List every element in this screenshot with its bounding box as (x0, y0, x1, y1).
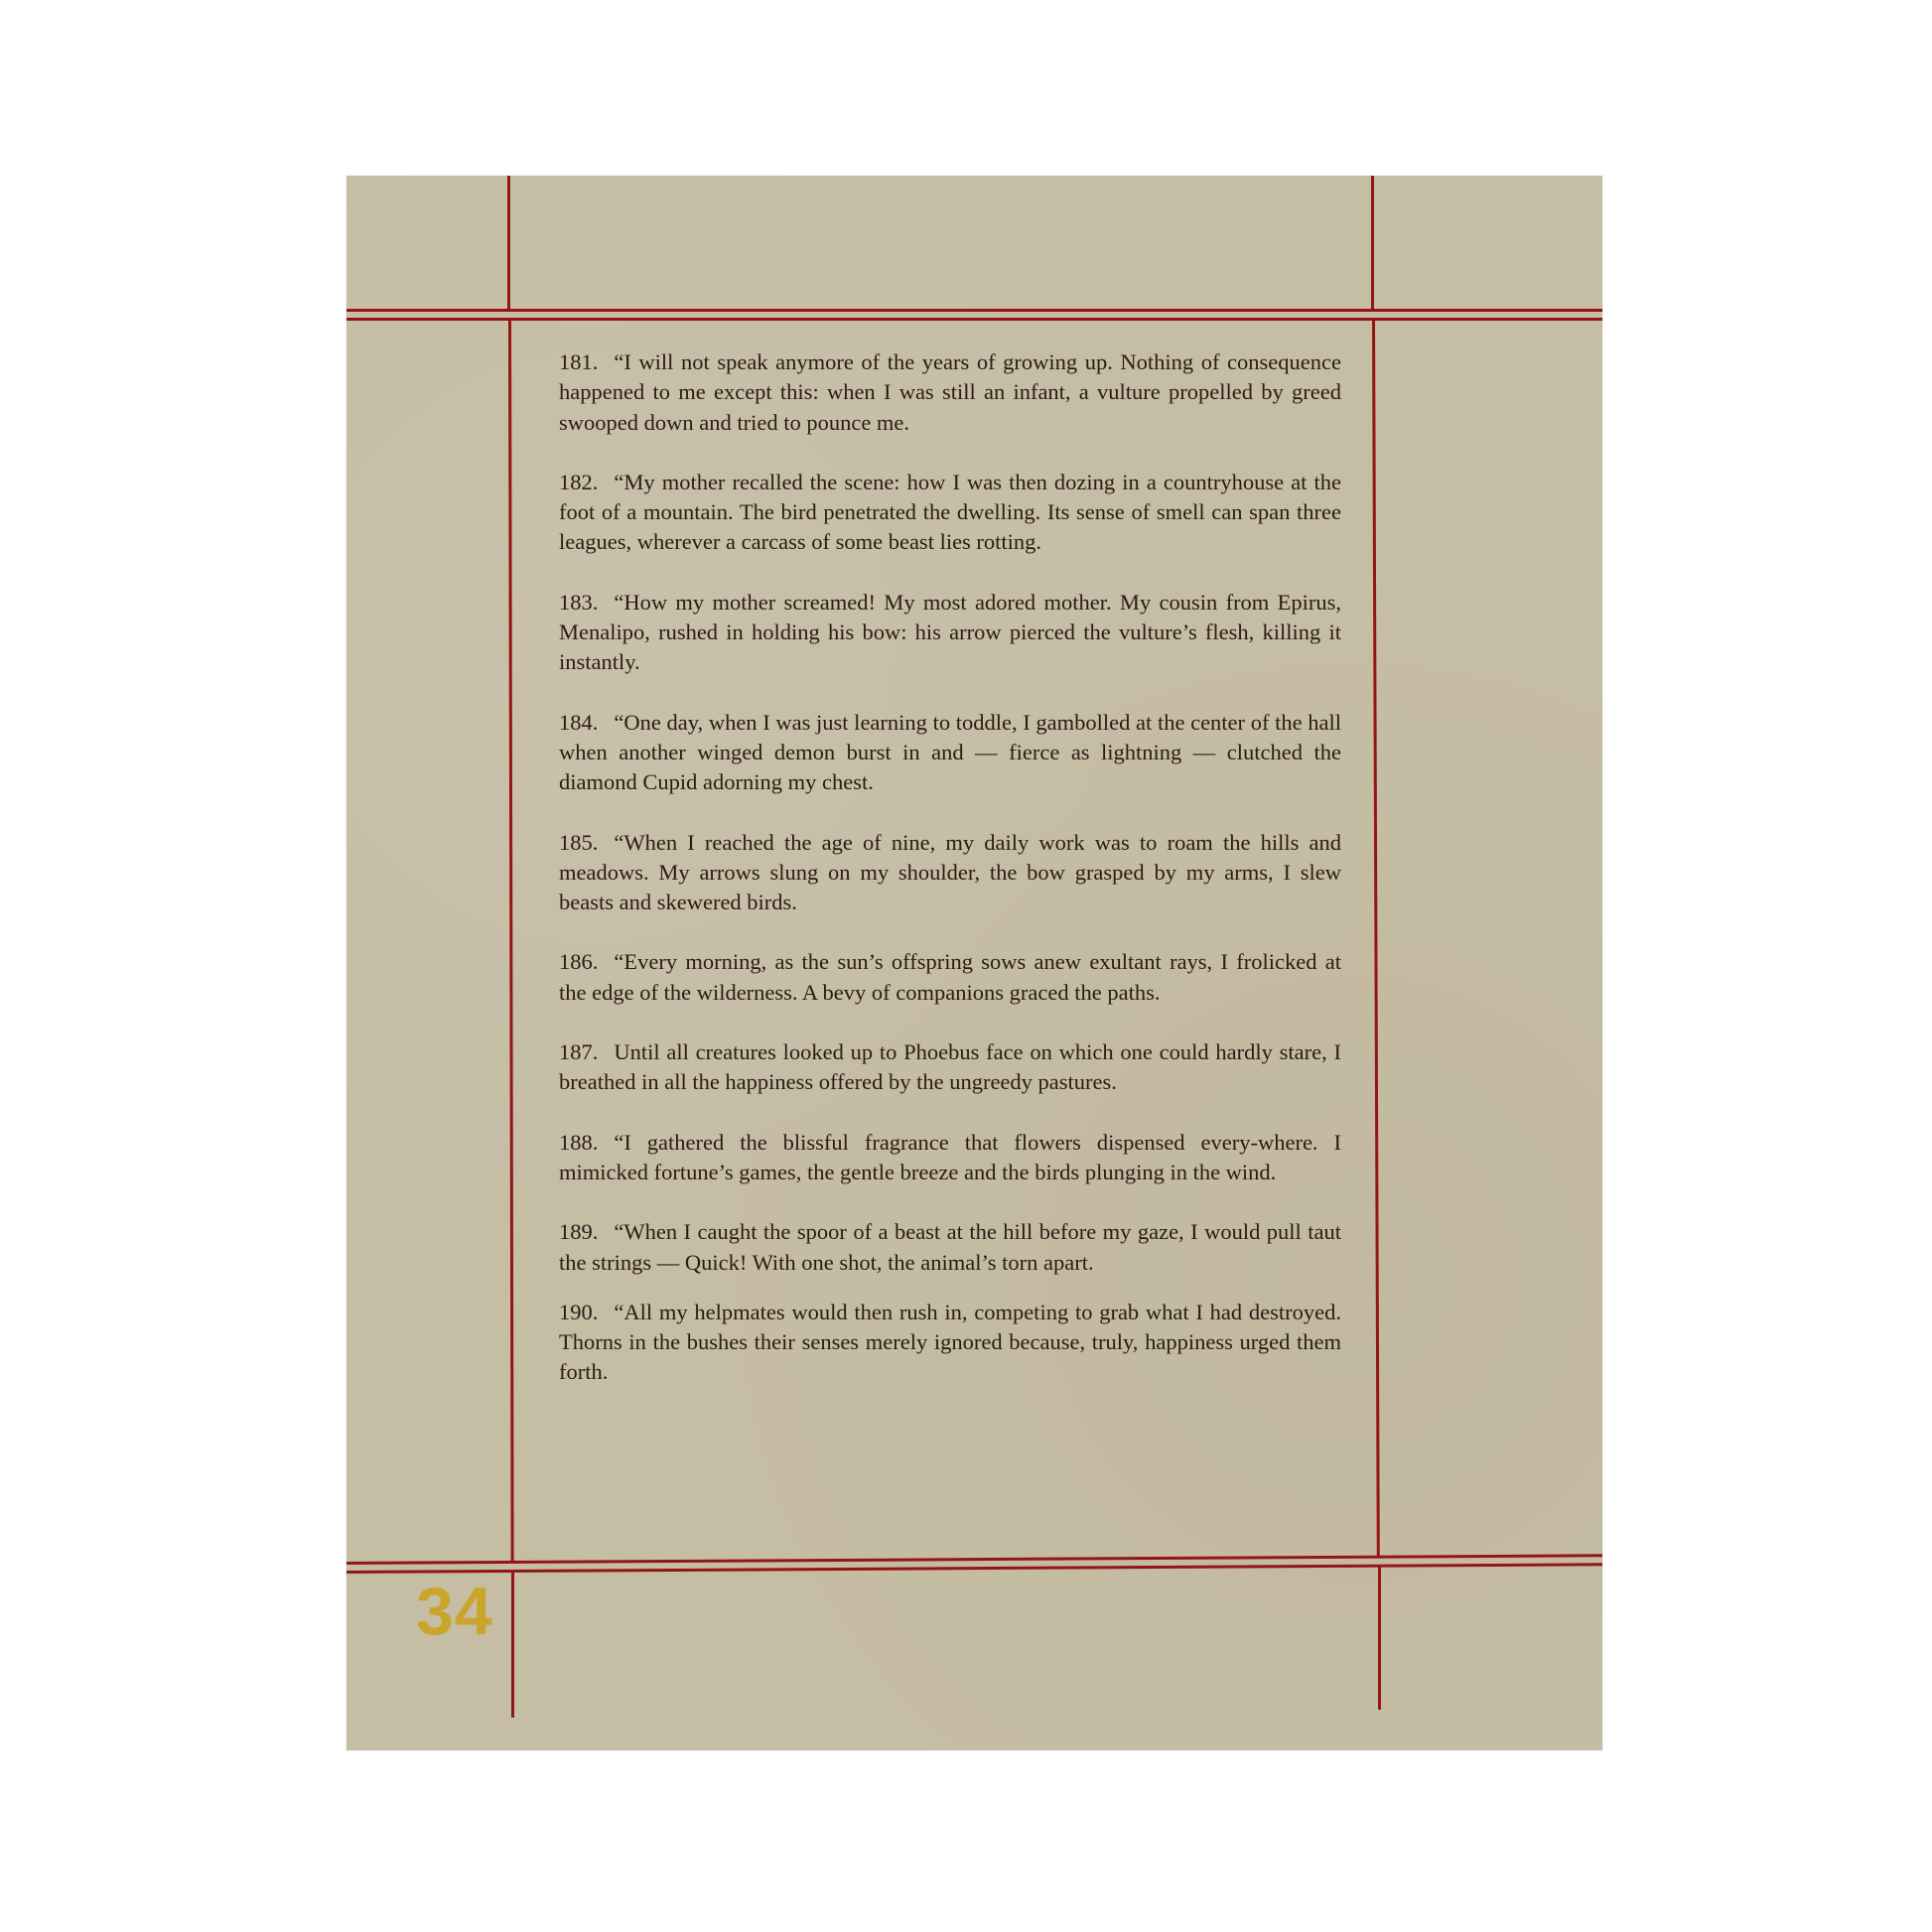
paragraph-number: 186. (559, 947, 598, 977)
paragraph-text: “All my helpmates would then rush in, co… (559, 1300, 1341, 1385)
paragraph-number: 189. (559, 1217, 598, 1247)
paragraph-number: 188. (559, 1128, 598, 1158)
paragraph-188: 188.“I gathered the blissful fragrance t… (559, 1128, 1341, 1188)
paragraph-text: “When I reached the age of nine, my dail… (559, 830, 1341, 915)
paragraph-number: 182. (559, 468, 598, 497)
paragraph-text: “I will not speak anymore of the years o… (559, 349, 1341, 435)
paragraph-text: “Every morning, as the sun’s offspring s… (559, 949, 1341, 1004)
paragraph-text: “I gathered the blissful fragrance that … (559, 1130, 1341, 1184)
body-text: 181.“I will not speak anymore of the yea… (559, 347, 1341, 1418)
paragraph-187: 187.Until all creatures looked up to Pho… (559, 1037, 1341, 1098)
paragraph-number: 183. (559, 588, 598, 618)
paragraph-181: 181.“I will not speak anymore of the yea… (559, 347, 1341, 438)
right-margin-rule-bottom (1378, 1565, 1381, 1710)
paragraph-189: 189.“When I caught the spoor of a beast … (559, 1217, 1341, 1278)
top-rule-lower (346, 318, 1602, 321)
top-rule-upper (346, 309, 1602, 312)
paragraph-183: 183.“How my mother screamed! My most ado… (559, 588, 1341, 678)
paragraph-text: Until all creatures looked up to Phoebus… (559, 1039, 1341, 1094)
paragraph-185: 185.“When I reached the age of nine, my … (559, 828, 1341, 918)
paragraph-text: “My mother recalled the scene: how I was… (559, 470, 1341, 555)
left-margin-rule-top (507, 176, 510, 312)
paragraph-number: 190. (559, 1298, 598, 1327)
paragraph-text: “How my mother screamed! My most adored … (559, 590, 1341, 675)
left-margin-rule-bottom (511, 1572, 514, 1718)
paragraph-182: 182.“My mother recalled the scene: how I… (559, 468, 1341, 558)
paragraph-184: 184.“One day, when I was just learning t… (559, 708, 1341, 798)
paragraph-number: 185. (559, 828, 598, 858)
page-number: 34 (416, 1578, 493, 1645)
paragraph-number: 184. (559, 708, 598, 738)
paragraph-number: 181. (559, 347, 598, 377)
paragraph-number: 187. (559, 1037, 598, 1067)
right-margin-rule-top (1371, 176, 1374, 312)
paragraph-186: 186.“Every morning, as the sun’s offspri… (559, 947, 1341, 1008)
paragraph-text: “When I caught the spoor of a beast at t… (559, 1219, 1341, 1274)
paragraph-190: 190.“All my helpmates would then rush in… (559, 1298, 1341, 1388)
paragraph-text: “One day, when I was just learning to to… (559, 710, 1341, 795)
